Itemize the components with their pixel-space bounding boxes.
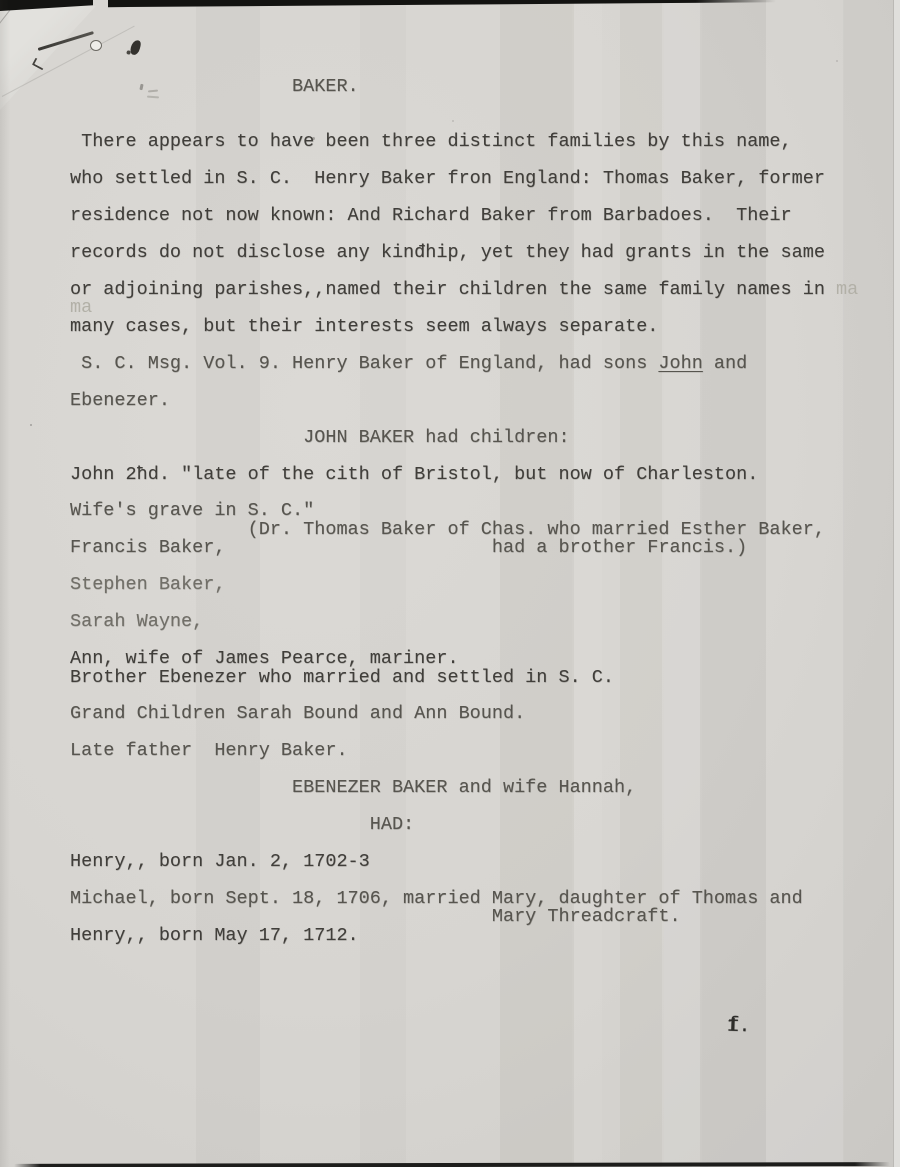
document-line: Francis Baker, had a brother Francis.) xyxy=(70,539,900,557)
typed-text: Late father Henry Baker. xyxy=(70,740,348,761)
scan-edge-bottom xyxy=(14,1162,890,1167)
document-line: Sarah Wayne, xyxy=(70,613,900,631)
document-line: Late father Henry Baker. xyxy=(70,742,900,760)
typed-text: Brother Ebenezer who married and settled… xyxy=(70,667,614,688)
typed-text: Francis Baker, had a brother Francis.) xyxy=(70,537,747,558)
document-line: Brother Ebenezer who married and settled… xyxy=(70,669,900,687)
document-line: S. C. Msg. Vol. 9. Henry Baker of Englan… xyxy=(70,355,900,373)
document-line xyxy=(70,373,900,391)
page-number-overstrike: f xyxy=(727,1014,739,1036)
typed-text: There appears to have been three distinc… xyxy=(70,131,792,152)
document-line: or adjoining parishes,,named their child… xyxy=(70,281,900,299)
document-line: There appears to have been three distinc… xyxy=(70,133,900,151)
document-line: records do not disclose any kinđhip, yet… xyxy=(70,244,900,262)
document-line: many cases, but their interests seem alw… xyxy=(70,318,900,336)
page-number: 1. f xyxy=(727,1015,751,1038)
document-body: BAKER. There appears to have been three … xyxy=(0,0,900,945)
underlined-text: John xyxy=(658,353,702,374)
typed-text: Grand Children Sarah Bound and Ann Bound… xyxy=(70,703,525,724)
scanned-page: BAKER. There appears to have been three … xyxy=(0,0,900,1167)
document-line: residence not now known: And Richard Bak… xyxy=(70,207,900,225)
typed-text: many cases, but their interests seem alw… xyxy=(70,316,658,337)
document-line: Ebenezer. xyxy=(70,392,900,410)
typed-text: ma xyxy=(836,279,858,300)
document-line: Henry,, born May 17, 1712. xyxy=(70,927,900,945)
typed-text: S. C. Msg. Vol. 9. Henry Baker of Englan… xyxy=(70,353,658,374)
typed-text: Henry,, born May 17, 1712. xyxy=(70,925,359,946)
document-line: Grand Children Sarah Bound and Ann Bound… xyxy=(70,705,900,723)
document-line xyxy=(70,96,900,114)
document-line: HAD: xyxy=(70,816,900,834)
typed-text: John 2ħd. "late of the cith of Bristol, … xyxy=(70,464,758,485)
typed-text: who settled in S. C. Henry Baker fron En… xyxy=(70,168,825,189)
typed-text: Ebenezer. xyxy=(70,390,170,411)
typed-text: and xyxy=(703,353,747,374)
typed-text: Henry,, born Jan. 2, 1702-3 xyxy=(70,851,370,872)
document-line: John 2ħd. "late of the cith of Bristol, … xyxy=(70,466,900,484)
document-line: Henry,, born Jan. 2, 1702-3 xyxy=(70,853,900,871)
typed-text: EBENEZER BAKER and wife Hannah, xyxy=(70,777,636,798)
typed-text: records do not disclose any kinđhip, yet… xyxy=(70,242,825,263)
document-line: who settled in S. C. Henry Baker fron En… xyxy=(70,170,900,188)
typed-text: or adjoining parishes,,named their child… xyxy=(70,279,836,300)
document-line: JOHN BAKER had children: xyxy=(70,429,900,447)
typed-text: residence not now known: And Richard Bak… xyxy=(70,205,792,226)
typed-text: Stephen Baker, xyxy=(70,574,225,595)
typed-text: JOHN BAKER had children: xyxy=(70,427,570,448)
document-line: Stephen Baker, xyxy=(70,576,900,594)
typed-text: HAD: xyxy=(70,814,414,835)
typed-text: Sarah Wayne, xyxy=(70,611,203,632)
document-line: BAKER. xyxy=(70,78,900,96)
document-line: EBENEZER BAKER and wife Hannah, xyxy=(70,779,900,797)
typed-text: BAKER. xyxy=(70,76,359,97)
